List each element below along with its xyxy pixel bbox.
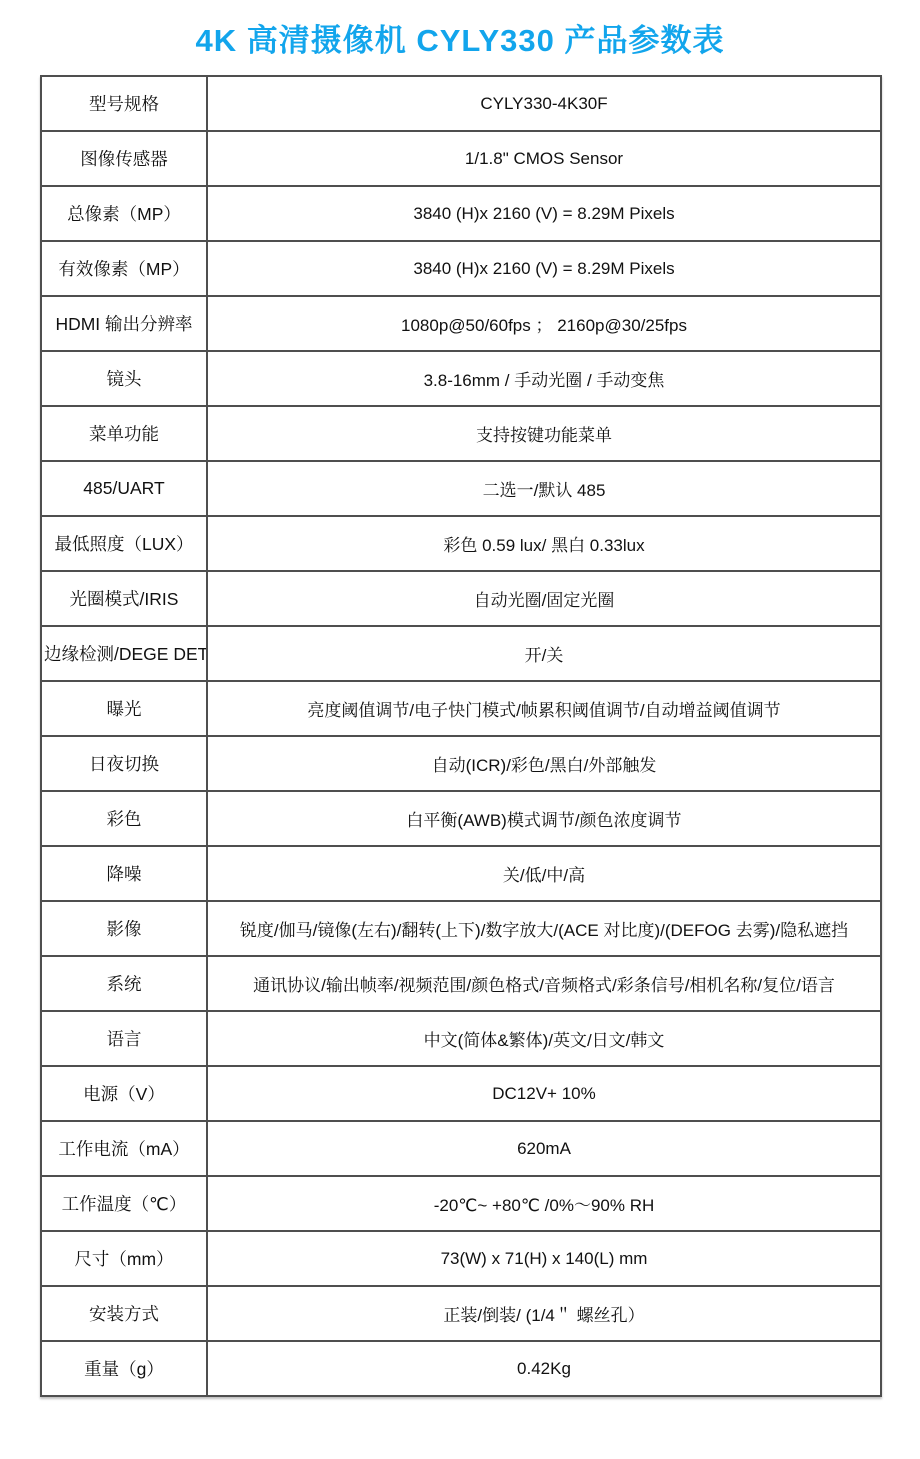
- table-row: 镜头3.8-16mm / 手动光圈 / 手动变焦: [41, 351, 881, 406]
- table-row: 图像传感器1/1.8" CMOS Sensor: [41, 131, 881, 186]
- spec-value-cell: 正装/倒装/ (1/4＂ 螺丝孔）: [207, 1286, 881, 1341]
- spec-value-cell: CYLY330-4K30F: [207, 76, 881, 131]
- table-row: 语言中文(简体&繁体)/英文/日文/韩文: [41, 1011, 881, 1066]
- spec-value-cell: 1080p@50/60fps ； 2160p@30/25fps: [207, 296, 881, 351]
- spec-value-cell: 自动光圈/固定光圈: [207, 571, 881, 626]
- spec-value-cell: -20℃~ +80℃ /0%～90% RH: [207, 1176, 881, 1231]
- spec-label-cell: 型号规格: [41, 76, 207, 131]
- table-row: 工作温度（℃）-20℃~ +80℃ /0%～90% RH: [41, 1176, 881, 1231]
- table-row: 最低照度（LUX）彩色 0.59 lux/ 黑白 0.33lux: [41, 516, 881, 571]
- spec-value-cell: 亮度阈值调节/电子快门模式/帧累积阈值调节/自动增益阈值调节: [207, 681, 881, 736]
- table-row: 降噪关/低/中/高: [41, 846, 881, 901]
- spec-value-cell: 0.42Kg: [207, 1341, 881, 1396]
- spec-sheet-page: 4K 高清摄像机 CYLY330 产品参数表 型号规格CYLY330-4K30F…: [0, 0, 920, 1397]
- table-row: 彩色白平衡(AWB)模式调节/颜色浓度调节: [41, 791, 881, 846]
- spec-label-cell: 光圈模式/IRIS: [41, 571, 207, 626]
- table-row: 安装方式正装/倒装/ (1/4＂ 螺丝孔）: [41, 1286, 881, 1341]
- table-row: 总像素（MP）3840 (H)x 2160 (V) = 8.29M Pixels: [41, 186, 881, 241]
- spec-label-cell: 系统: [41, 956, 207, 1011]
- table-row: 光圈模式/IRIS自动光圈/固定光圈: [41, 571, 881, 626]
- table-row: 工作电流（mA）620mA: [41, 1121, 881, 1176]
- spec-label-cell: 彩色: [41, 791, 207, 846]
- spec-label-cell: 降噪: [41, 846, 207, 901]
- spec-value-cell: 锐度/伽马/镜像(左右)/翻转(上下)/数字放大/(ACE 对比度)/(DEFO…: [207, 901, 881, 956]
- table-row: 菜单功能支持按键功能菜单: [41, 406, 881, 461]
- table-row: 曝光亮度阈值调节/电子快门模式/帧累积阈值调节/自动增益阈值调节: [41, 681, 881, 736]
- spec-value-cell: 开/关: [207, 626, 881, 681]
- spec-value-cell: 3840 (H)x 2160 (V) = 8.29M Pixels: [207, 241, 881, 296]
- spec-value-cell: 彩色 0.59 lux/ 黑白 0.33lux: [207, 516, 881, 571]
- spec-label-cell: 电源（V）: [41, 1066, 207, 1121]
- spec-label-cell: 安装方式: [41, 1286, 207, 1341]
- spec-value-cell: 通讯协议/输出帧率/视频范围/颜色格式/音频格式/彩条信号/相机名称/复位/语言: [207, 956, 881, 1011]
- spec-label-cell: 菜单功能: [41, 406, 207, 461]
- spec-label-cell: 镜头: [41, 351, 207, 406]
- page-title: 4K 高清摄像机 CYLY330 产品参数表: [0, 0, 920, 60]
- spec-label-cell: 语言: [41, 1011, 207, 1066]
- spec-value-cell: 支持按键功能菜单: [207, 406, 881, 461]
- spec-value-cell: 二选一/默认 485: [207, 461, 881, 516]
- spec-label-cell: 边缘检测/DEGE DET: [41, 626, 207, 681]
- spec-label-cell: HDMI 输出分辨率: [41, 296, 207, 351]
- spec-label-cell: 有效像素（MP）: [41, 241, 207, 296]
- spec-value-cell: 1/1.8" CMOS Sensor: [207, 131, 881, 186]
- spec-label-cell: 总像素（MP）: [41, 186, 207, 241]
- spec-value-cell: 3.8-16mm / 手动光圈 / 手动变焦: [207, 351, 881, 406]
- table-row: 有效像素（MP）3840 (H)x 2160 (V) = 8.29M Pixel…: [41, 241, 881, 296]
- table-row: 485/UART二选一/默认 485: [41, 461, 881, 516]
- spec-value-cell: 白平衡(AWB)模式调节/颜色浓度调节: [207, 791, 881, 846]
- table-row: HDMI 输出分辨率1080p@50/60fps ； 2160p@30/25fp…: [41, 296, 881, 351]
- spec-label-cell: 工作电流（mA）: [41, 1121, 207, 1176]
- table-row: 边缘检测/DEGE DET开/关: [41, 626, 881, 681]
- spec-value-cell: 自动(ICR)/彩色/黑白/外部触发: [207, 736, 881, 791]
- spec-value-cell: 关/低/中/高: [207, 846, 881, 901]
- spec-value-cell: 中文(简体&繁体)/英文/日文/韩文: [207, 1011, 881, 1066]
- spec-label-cell: 图像传感器: [41, 131, 207, 186]
- spec-label-cell: 重量（g）: [41, 1341, 207, 1396]
- spec-value-cell: 73(W) x 71(H) x 140(L) mm: [207, 1231, 881, 1286]
- spec-label-cell: 曝光: [41, 681, 207, 736]
- table-row: 型号规格CYLY330-4K30F: [41, 76, 881, 131]
- spec-label-cell: 影像: [41, 901, 207, 956]
- table-row: 重量（g）0.42Kg: [41, 1341, 881, 1396]
- spec-label-cell: 工作温度（℃）: [41, 1176, 207, 1231]
- spec-label-cell: 尺寸（mm）: [41, 1231, 207, 1286]
- table-row: 电源（V）DC12V+ 10%: [41, 1066, 881, 1121]
- spec-table: 型号规格CYLY330-4K30F图像传感器1/1.8" CMOS Sensor…: [40, 75, 882, 1397]
- table-row: 日夜切换自动(ICR)/彩色/黑白/外部触发: [41, 736, 881, 791]
- table-row: 尺寸（mm）73(W) x 71(H) x 140(L) mm: [41, 1231, 881, 1286]
- spec-value-cell: 620mA: [207, 1121, 881, 1176]
- spec-label-cell: 485/UART: [41, 461, 207, 516]
- spec-value-cell: 3840 (H)x 2160 (V) = 8.29M Pixels: [207, 186, 881, 241]
- spec-value-cell: DC12V+ 10%: [207, 1066, 881, 1121]
- spec-label-cell: 最低照度（LUX）: [41, 516, 207, 571]
- table-row: 系统通讯协议/输出帧率/视频范围/颜色格式/音频格式/彩条信号/相机名称/复位/…: [41, 956, 881, 1011]
- table-row: 影像锐度/伽马/镜像(左右)/翻转(上下)/数字放大/(ACE 对比度)/(DE…: [41, 901, 881, 956]
- spec-label-cell: 日夜切换: [41, 736, 207, 791]
